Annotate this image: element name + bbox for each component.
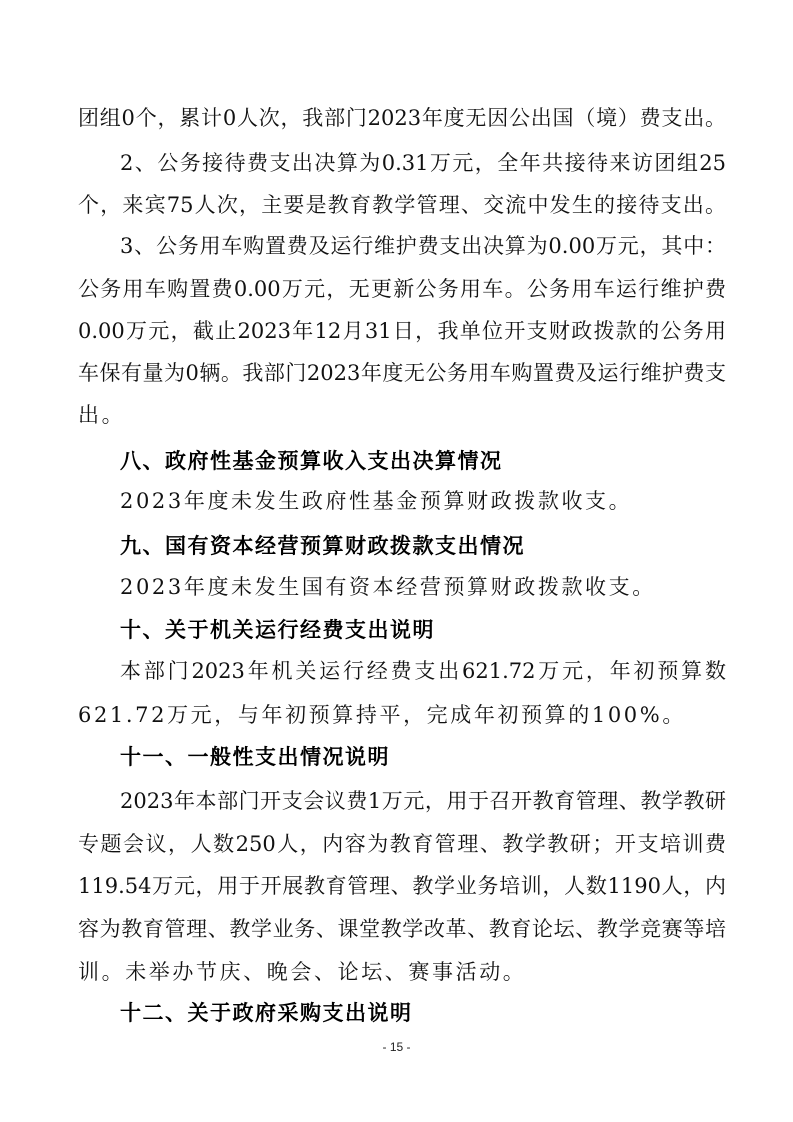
- section-heading-9: 九、国有资本经营预算财政拨款支出情况: [120, 532, 726, 560]
- section-heading-8: 八、政府性基金预算收入支出决算情况: [120, 447, 726, 475]
- section-heading-10: 十、关于机关运行经费支出说明: [120, 616, 726, 644]
- paragraph-line: 119.54万元，用于开展教育管理、教学业务培训，人数1190人，内: [78, 872, 726, 900]
- document-page: 团组0个，累计0人次，我部门2023年度无因公出国（境）费支出。 2、公务接待费…: [0, 0, 793, 1122]
- paragraph-line: 个，来宾75人次，主要是教育教学管理、交流中发生的接待支出。: [78, 191, 726, 219]
- section-heading-11: 十一、一般性支出情况说明: [120, 743, 726, 771]
- paragraph-line: 3、公务用车购置费及运行维护费支出决算为0.00万元，其中：: [120, 232, 726, 260]
- paragraph-line: 621.72万元，与年初预算持平，完成年初预算的100%。: [78, 701, 726, 729]
- paragraph-line: 专题会议，人数250人，内容为教育管理、教学教研；开支培训费: [78, 830, 726, 858]
- paragraph-line: 2023年本部门开支会议费1万元，用于召开教育管理、教学教研: [120, 787, 726, 815]
- paragraph-line: 公务用车购置费0.00万元，无更新公务用车。公务用车运行维护费: [78, 275, 726, 303]
- paragraph-line: 容为教育管理、教学业务、课堂教学改革、教育论坛、教学竞赛等培: [78, 915, 726, 943]
- paragraph-line: 出。: [78, 401, 726, 429]
- paragraph-line: 本部门2023年机关运行经费支出621.72万元，年初预算数: [120, 657, 726, 685]
- paragraph-line: 2023年度未发生政府性基金预算财政拨款收支。: [120, 487, 726, 515]
- paragraph-line: 2、公务接待费支出决算为0.31万元，全年共接待来访团组25: [120, 149, 726, 177]
- paragraph-line: 车保有量为0辆。我部门2023年度无公务用车购置费及运行维护费支: [78, 359, 726, 387]
- paragraph-line: 团组0个，累计0人次，我部门2023年度无因公出国（境）费支出。: [78, 104, 726, 132]
- paragraph-line: 2023年度未发生国有资本经营预算财政拨款收支。: [120, 573, 726, 601]
- paragraph-line: 0.00万元，截止2023年12月31日，我单位开支财政拨款的公务用: [78, 317, 726, 345]
- paragraph-line: 训。未举办节庆、晚会、论坛、赛事活动。: [78, 958, 726, 986]
- page-number: - 15 -: [0, 1040, 793, 1054]
- section-heading-12: 十二、关于政府采购支出说明: [120, 999, 726, 1027]
